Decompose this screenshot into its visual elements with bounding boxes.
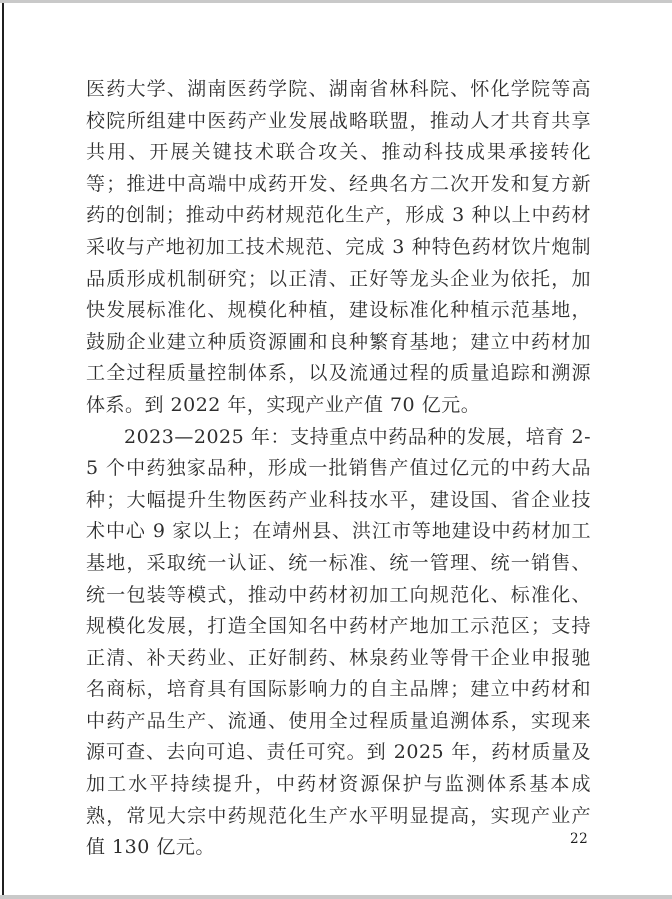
document-page: 医药大学、湖南医药学院、湖南省林科院、怀化学院等高校院所组建中医药产业发展战略联… <box>0 0 672 899</box>
document-body: 医药大学、湖南医药学院、湖南省林科院、怀化学院等高校院所组建中医药产业发展战略联… <box>86 74 591 864</box>
paragraph-2023-2025-goals: 2023—2025 年：支持重点中药品种的发展，培育 2-5 个中药独家品种，形… <box>86 422 591 864</box>
paragraph-2022-goals: 医药大学、湖南医药学院、湖南省林科院、怀化学院等高校院所组建中医药产业发展战略联… <box>86 74 591 422</box>
page-number: 22 <box>570 831 588 847</box>
scan-edge-bottom <box>0 895 672 899</box>
scan-line-left <box>2 3 4 895</box>
scan-edge-top <box>0 0 672 3</box>
